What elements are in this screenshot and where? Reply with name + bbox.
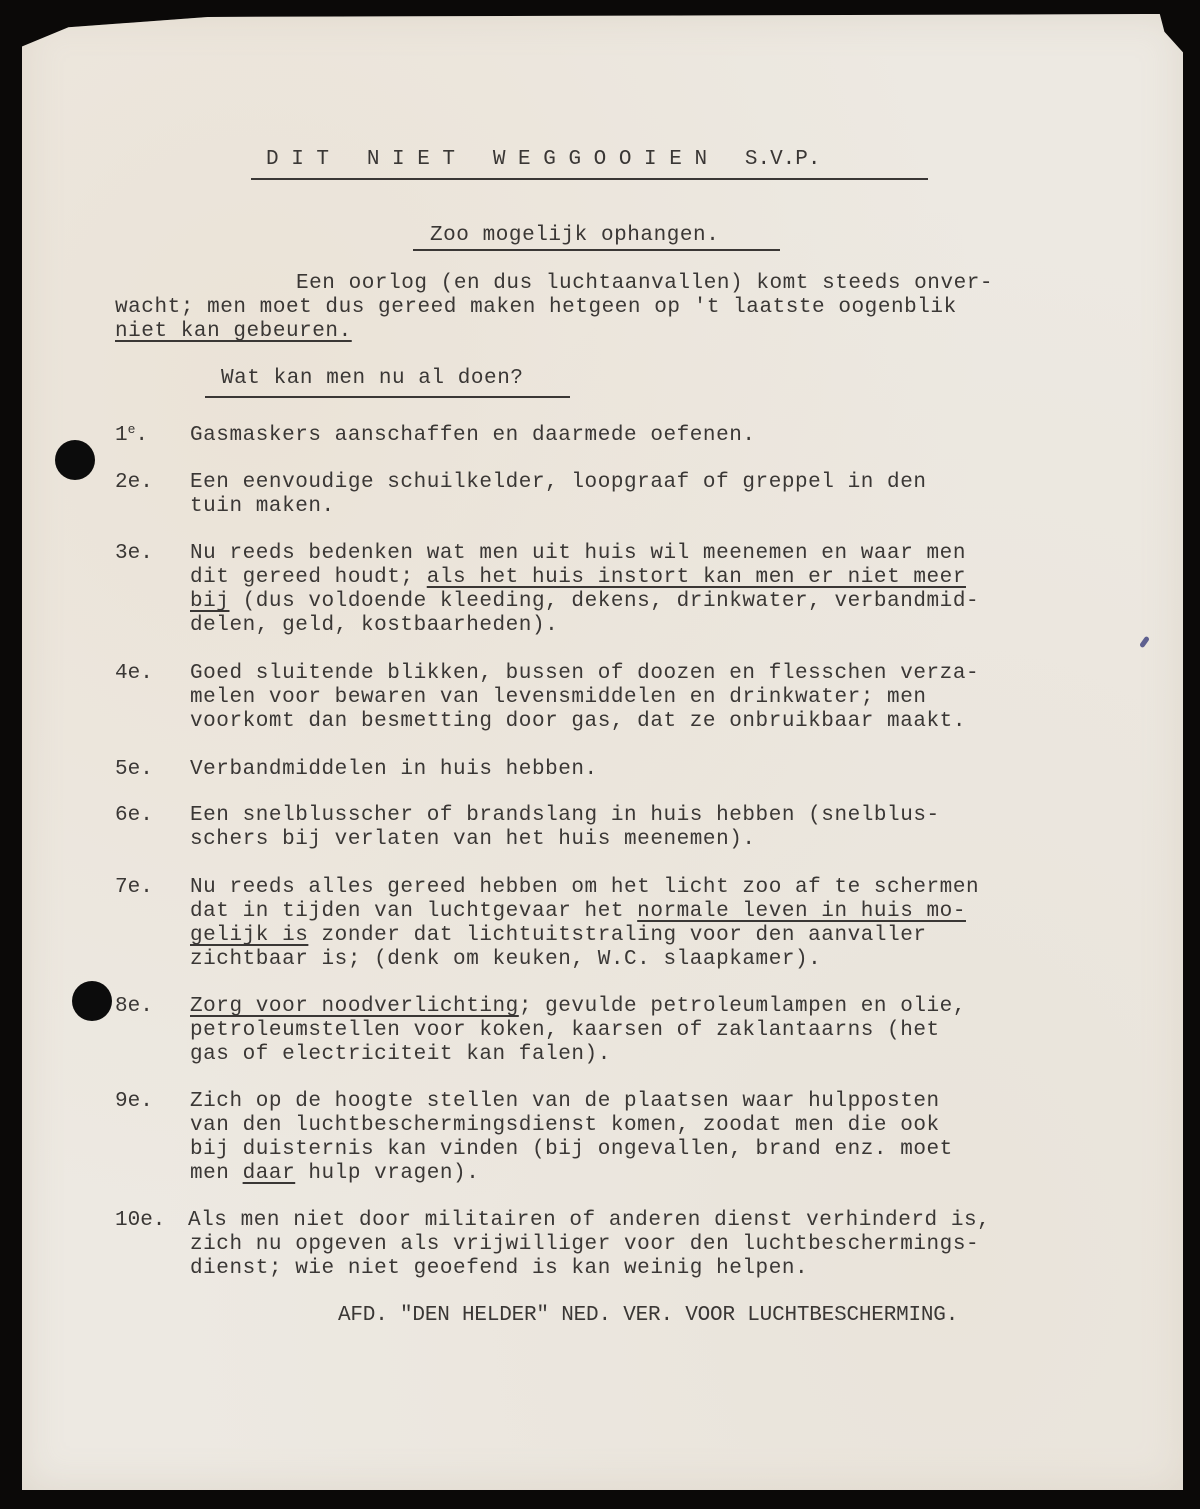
list-item-line: van den luchtbeschermingsdienst komen, z… (190, 1114, 940, 1138)
list-item-line: gas of electriciteit kan falen). (190, 1043, 611, 1067)
list-item-line: petroleumstellen voor koken, kaarsen of … (190, 1019, 940, 1043)
list-item-line: Als men niet door militairen of anderen … (188, 1209, 990, 1233)
item-number: 6e. (115, 804, 153, 828)
document-subtitle: Zoo mogelijk ophangen. (430, 224, 719, 248)
intro-line-3: niet kan gebeuren. (115, 320, 352, 344)
intro-line-2: wacht; men moet dus gereed maken hetgeen… (115, 296, 957, 320)
punch-hole-icon (72, 981, 112, 1021)
list-item-line: melen voor bewaren van levensmiddelen en… (190, 686, 927, 710)
list-item-line: Een eenvoudige schuilkelder, loopgraaf o… (190, 471, 927, 495)
list-item-line: dienst; wie niet geoefend is kan weinig … (190, 1257, 808, 1281)
list-item-line: voorkomt dan besmetting door gas, dat ze… (190, 710, 966, 734)
item-number: 9e. (115, 1090, 153, 1114)
list-item-line: Een snelblusscher of brandslang in huis … (190, 804, 940, 828)
item-number: 3e. (115, 542, 153, 566)
item-number: 5e. (115, 758, 153, 782)
list-item-line: delen, geld, kostbaarheden). (190, 614, 558, 638)
list-item-line: zich nu opgeven als vrijwilliger voor de… (190, 1233, 979, 1257)
list-item-line: Nu reeds bedenken wat men uit huis wil m… (190, 542, 966, 566)
item-number: 8e. (115, 995, 153, 1019)
list-item-line: gelijk is zonder dat lichtuitstraling vo… (190, 924, 927, 948)
list-item-line: Nu reeds alles gereed hebben om het lich… (190, 876, 979, 900)
question-underline (205, 396, 570, 398)
list-item-line: tuin maken. (190, 495, 335, 519)
list-item-line: Goed sluitende blikken, bussen of doozen… (190, 662, 979, 686)
item-number: 10e. (115, 1209, 165, 1233)
list-item-line: Zorg voor noodverlichting; gevulde petro… (190, 995, 966, 1019)
list-item-line: dat in tijden van luchtgevaar het normal… (190, 900, 966, 924)
document-title: D I T N I E T W E G G O O I E N S.V.P. (266, 148, 821, 172)
list-item-line: men daar hulp vragen). (190, 1162, 479, 1186)
list-item-line: bij duisternis kan vinden (bij ongevalle… (190, 1138, 953, 1162)
intro-line-1: Een oorlog (en dus luchtaanvallen) komt … (296, 272, 993, 296)
title-underline (251, 178, 928, 180)
punch-hole-icon (55, 440, 95, 480)
signature: AFD. "DEN HELDER" NED. VER. VOOR LUCHTBE… (338, 1304, 958, 1328)
item-number: 7e. (115, 876, 153, 900)
item-number: 1e. (115, 424, 148, 448)
subtitle-underline (413, 249, 780, 251)
question-heading: Wat kan men nu al doen? (221, 367, 524, 391)
item-number: 4e. (115, 662, 153, 686)
list-item-line: schers bij verlaten van het huis meeneme… (190, 828, 756, 852)
item-number: 2e. (115, 471, 153, 495)
list-item-line: bij (dus voldoende kleeding, dekens, dri… (190, 590, 979, 614)
list-item-line: zichtbaar is; (denk om keuken, W.C. slaa… (190, 948, 821, 972)
list-item-line: Zich op de hoogte stellen van de plaatse… (190, 1090, 940, 1114)
list-item: Gasmaskers aanschaffen en daarmede oefen… (190, 424, 756, 448)
list-item-line: Verbandmiddelen in huis hebben. (190, 758, 598, 782)
list-item-line: dit gereed houdt; als het huis instort k… (190, 566, 966, 590)
